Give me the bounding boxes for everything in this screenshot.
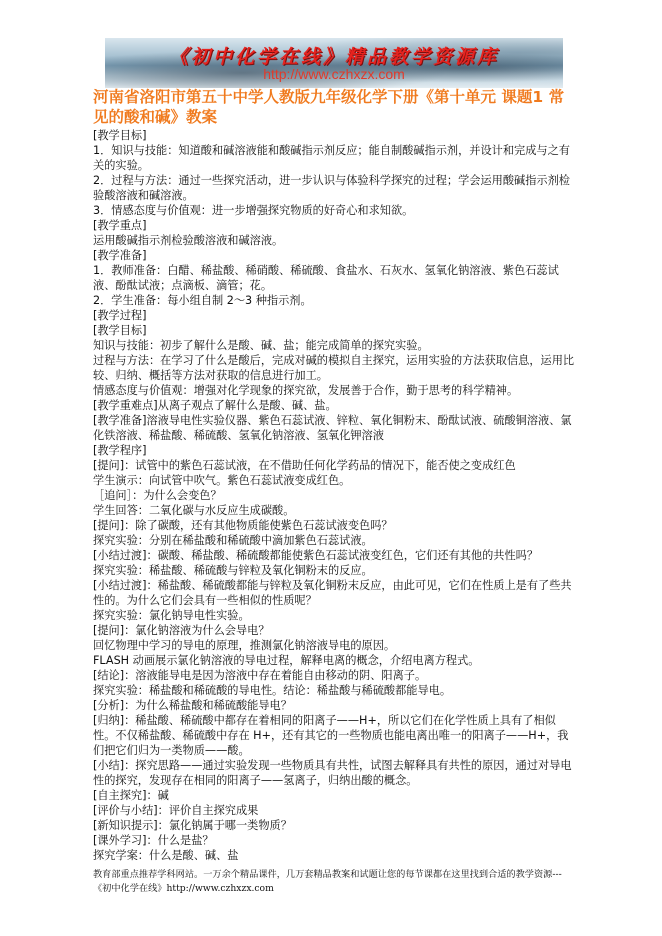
paragraph: 情感态度与价值观：增强对化学现象的探究欲，发展善于合作，勤于思考的科学精神。 bbox=[93, 383, 575, 398]
paragraph: 2．过程与方法：通过一些探究活动，进一步认识与体验科学探究的过程；学会运用酸碱指… bbox=[93, 173, 575, 203]
paragraph: [新知识提示]：氯化钠属于哪一类物质？ bbox=[93, 818, 575, 833]
section-heading: [教学目标] bbox=[93, 128, 575, 143]
paragraph: [课外学习]：什么是盐？ bbox=[93, 833, 575, 848]
section-heading: [教学准备] bbox=[93, 248, 575, 263]
paragraph: FLASH 动画展示氯化钠溶液的导电过程，解释电离的概念，介绍电离方程式。 bbox=[93, 653, 575, 668]
page-footer: 教育部重点推荐学科网站。一万余个精品课件，几万套精品教案和试题让您的每节课都在这… bbox=[93, 868, 575, 896]
paragraph: [评价与小结]：评价自主探究成果 bbox=[93, 803, 575, 818]
section-heading: [教学程序] bbox=[93, 443, 575, 458]
paragraph: [结论]：溶液能导电是因为溶液中存在着能自由移动的阴、阳离子。 bbox=[93, 668, 575, 683]
document-title: 河南省洛阳市第五十中学人教版九年级化学下册《第十单元 课题1 常见的酸和碱》教案 bbox=[93, 87, 578, 127]
paragraph: [提问]：氯化钠溶液为什么会导电？ bbox=[93, 623, 575, 638]
paragraph: [归纳]：稀盐酸、稀硫酸中都存在着相同的阳离子——H+，所以它们在化学性质上具有… bbox=[93, 713, 575, 758]
paragraph: 学生演示：向试管中吹气。紫色石蕊试液变成红色。 bbox=[93, 473, 575, 488]
section-heading: [教学目标] bbox=[93, 323, 575, 338]
paragraph: 2．学生准备：每小组自制 2～3 种指示剂。 bbox=[93, 293, 575, 308]
paragraph: [分析]：为什么稀盐酸和稀硫酸能导电？ bbox=[93, 698, 575, 713]
paragraph: [自主探究]：碱 bbox=[93, 788, 575, 803]
paragraph: 3．情感态度与价值观：进一步增强探究物质的好奇心和求知欲。 bbox=[93, 203, 575, 218]
paragraph: ［追问］：为什么会变色？ bbox=[93, 488, 575, 503]
section-heading: [教学过程] bbox=[93, 308, 575, 323]
paragraph: [教学重难点]从离子观点了解什么是酸、碱、盐。 bbox=[93, 398, 575, 413]
paragraph: 探究实验：稀盐酸、稀硫酸与锌粒及氧化铜粉末的反应。 bbox=[93, 563, 575, 578]
paragraph: 1．教师准备：白醋、稀盐酸、稀硝酸、稀硫酸、食盐水、石灰水、氢氧化钠溶液、紫色石… bbox=[93, 263, 575, 293]
section-heading: [教学重点] bbox=[93, 218, 575, 233]
site-banner: 《初中化学在线》精品教学资源库 http://www.czhxzx.com bbox=[105, 38, 563, 88]
banner-url[interactable]: http://www.czhxzx.com bbox=[105, 66, 563, 82]
paragraph: [小结过渡]：稀盐酸、稀硫酸都能与锌粒及氧化铜粉末反应，由此可见，它们在性质上是… bbox=[93, 578, 575, 608]
paragraph: [小结过渡]：碳酸、稀盐酸、稀硫酸都能使紫色石蕊试液变红色，它们还有其他的共性吗… bbox=[93, 548, 575, 563]
paragraph: [提问]：试管中的紫色石蕊试液，在不借助任何化学药品的情况下，能否使之变成红色 bbox=[93, 458, 575, 473]
paragraph: [提问]：除了碳酸，还有其他物质能使紫色石蕊试液变色吗？ bbox=[93, 518, 575, 533]
document-body: [教学目标] 1．知识与技能：知道酸和碱溶液能和酸碱指示剂反应；能自制酸碱指示剂… bbox=[93, 128, 575, 863]
paragraph: 运用酸碱指示剂检验酸溶液和碱溶液。 bbox=[93, 233, 575, 248]
paragraph: 知识与技能：初步了解什么是酸、碱、盐；能完成简单的探究实验。 bbox=[93, 338, 575, 353]
paragraph: 过程与方法：在学习了什么是酸后，完成对碱的模拟自主探究，运用实验的方法获取信息，… bbox=[93, 353, 575, 383]
paragraph: 探究学案：什么是酸、碱、盐 bbox=[93, 848, 575, 863]
banner-title: 《初中化学在线》精品教学资源库 bbox=[105, 42, 563, 69]
paragraph: 探究实验：稀盐酸和稀硫酸的导电性。结论：稀盐酸与稀硫酸都能导电。 bbox=[93, 683, 575, 698]
paragraph: 探究实验：氯化钠导电性实验。 bbox=[93, 608, 575, 623]
paragraph: 1．知识与技能：知道酸和碱溶液能和酸碱指示剂反应；能自制酸碱指示剂，并设计和完成… bbox=[93, 143, 575, 173]
paragraph: 探究实验：分别在稀盐酸和稀硫酸中滴加紫色石蕊试液。 bbox=[93, 533, 575, 548]
paragraph: 学生回答：二氧化碳与水反应生成碳酸。 bbox=[93, 503, 575, 518]
paragraph: [教学准备]溶液导电性实验仪器、紫色石蕊试液、锌粒、氧化铜粉末、酚酞试液、硫酸铜… bbox=[93, 413, 575, 443]
paragraph: [小结]：探究思路——通过实验发现一些物质具有共性，试图去解释具有共性的原因，通… bbox=[93, 758, 575, 788]
paragraph: 回忆物理中学习的导电的原理，推测氯化钠溶液导电的原因。 bbox=[93, 638, 575, 653]
